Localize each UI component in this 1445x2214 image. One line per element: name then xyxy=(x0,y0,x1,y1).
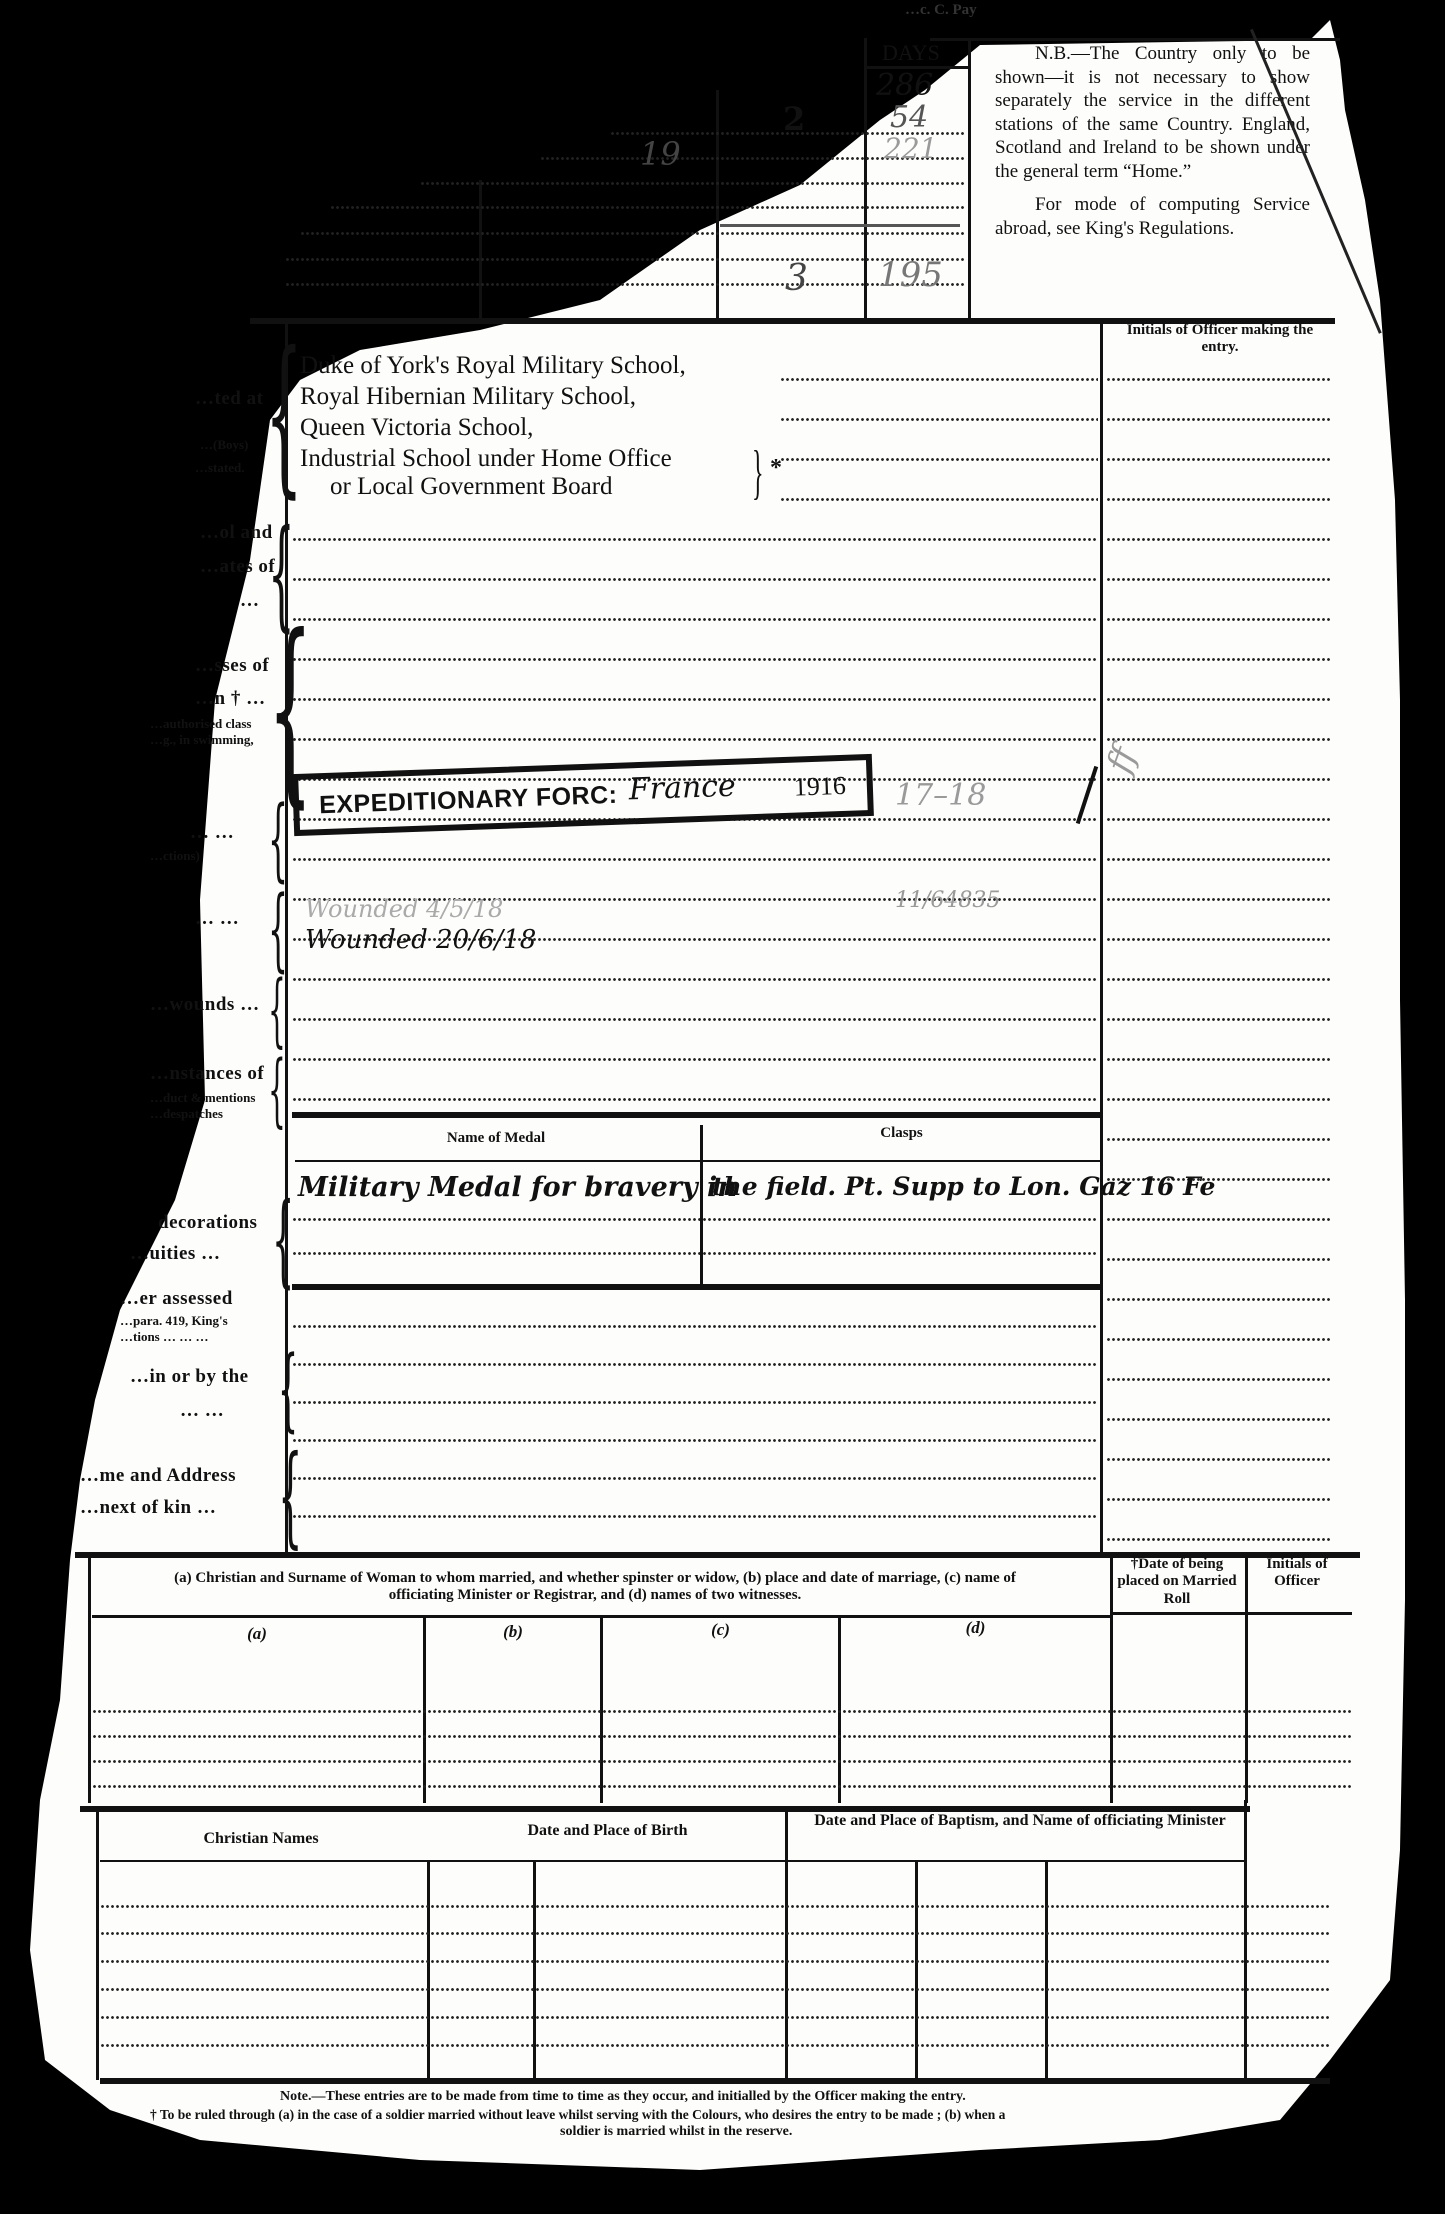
dotted-rule xyxy=(420,182,966,185)
label-swimming: …g., in swimming, xyxy=(150,732,254,748)
top-fragment-text: …c. C. Pay xyxy=(905,2,977,19)
nb-paragraph-1: N.B.—The Country only to be shown—it is … xyxy=(995,42,1310,183)
label-instruction: …n † … xyxy=(195,688,266,710)
dotted-rule xyxy=(292,1439,1098,1442)
label-conduct-mentions: …duct & mentions xyxy=(150,1090,255,1106)
footer-note-1: Note.—These entries are to be made from … xyxy=(280,2089,966,2105)
medals-top-rule xyxy=(292,1112,1100,1118)
marriage-left xyxy=(88,1558,91,1803)
dotted-rule xyxy=(780,418,1098,421)
nb-note: N.B.—The Country only to be shown—it is … xyxy=(995,42,1310,240)
label-dots-1: … xyxy=(240,590,260,612)
medals-bottom-rule xyxy=(292,1284,1100,1290)
dotted-rule xyxy=(292,1098,1098,1101)
label-next-of-kin: …next of kin … xyxy=(80,1497,216,1519)
label-stated: …stated. xyxy=(195,460,244,476)
label-assessed: …er assessed xyxy=(120,1288,233,1310)
children-col-4 xyxy=(915,1862,918,2080)
footer-note-2: † To be ruled through (a) in the case of… xyxy=(150,2107,1005,2123)
dotted-rule xyxy=(292,538,1098,541)
marriage-col-d-label: (d) xyxy=(841,1618,1110,1638)
footer-note-3: soldier is married whilst in the reserve… xyxy=(560,2124,792,2140)
children-col-6 xyxy=(1244,1800,1247,2080)
school-line-3: Queen Victoria School, xyxy=(300,414,533,442)
children-col-5 xyxy=(1045,1862,1048,2080)
school-brace: } xyxy=(752,438,764,507)
dotted-rule xyxy=(1106,978,1330,981)
label-wounds-dots: … … xyxy=(195,908,239,930)
dotted-rule xyxy=(292,1477,1098,1480)
dotted-rule xyxy=(1106,1458,1330,1461)
dotted-rule xyxy=(1106,1098,1330,1101)
main-box-right xyxy=(1100,322,1103,1554)
dotted-rule xyxy=(92,1760,1352,1763)
school-line-1: Duke of York's Royal Military School, xyxy=(300,352,686,380)
col-divider-3 xyxy=(864,38,867,320)
label-wounds: …wounds … xyxy=(150,994,260,1016)
label-certificates-of: …ates of xyxy=(200,556,275,578)
medals-col-divider xyxy=(700,1125,703,1285)
married-roll-header: †Date of being placed on Married Roll xyxy=(1112,1556,1242,1608)
medal-clasps-header: Clasps xyxy=(703,1125,1100,1142)
medal-name-entry: Military Medal for bravery in xyxy=(298,1172,737,1203)
dotted-rule xyxy=(1106,698,1330,701)
brace-icon: { xyxy=(278,1440,303,1550)
dotted-rule xyxy=(292,858,1098,861)
medal-clasps-entry: the field. Pt. Supp to Lon. Gaz 16 Fe xyxy=(712,1172,1215,1201)
col-divider-4 xyxy=(968,38,971,320)
years-value-2: 2 xyxy=(783,100,805,138)
years-value-4: 3 xyxy=(785,258,808,299)
dotted-rule xyxy=(1106,778,1330,781)
school-line-4: Industrial School under Home Office xyxy=(300,445,672,473)
brace-icon: { xyxy=(268,1050,286,1130)
dotted-rule xyxy=(1106,1538,1330,1541)
dotted-rule xyxy=(780,498,1098,501)
label-boys: …(Boys) xyxy=(200,437,248,453)
dotted-rule xyxy=(292,1252,1098,1255)
label-name-and-address: …me and Address xyxy=(80,1465,236,1487)
dotted-rule xyxy=(292,1058,1098,1061)
dotted-rule xyxy=(100,2044,1330,2047)
label-actions: …ctions) xyxy=(150,848,200,864)
campaign-range: 17–18 xyxy=(895,778,986,813)
stamp-handwritten-country: France xyxy=(628,769,736,808)
dotted-rule xyxy=(292,1018,1098,1021)
stamp-year: 1916 xyxy=(793,771,846,803)
days-header: DAYS xyxy=(882,40,940,66)
stamp-text: EXPEDITIONARY FORC: xyxy=(319,781,618,820)
dotted-rule xyxy=(285,283,966,286)
dotted-rule xyxy=(1106,1378,1330,1381)
brace-icon: { xyxy=(268,885,288,975)
dotted-rule xyxy=(1106,658,1330,661)
dotted-rule xyxy=(1106,1338,1330,1341)
marriage-divider-initials xyxy=(1245,1558,1248,1803)
partial-entry: 19 xyxy=(640,135,681,173)
days-value-2: 54 xyxy=(890,100,928,135)
marriage-header: (a) Christian and Surname of Woman to wh… xyxy=(140,1570,1050,1605)
dotted-rule xyxy=(1106,818,1330,821)
brace-icon: { xyxy=(278,1345,298,1435)
dotted-rule xyxy=(92,1710,1352,1713)
label-school-and: …ol and xyxy=(200,522,273,544)
dotted-rule xyxy=(1106,1138,1330,1141)
dotted-rule xyxy=(292,698,1098,701)
dotted-rule xyxy=(1106,1058,1330,1061)
marriage-initials-header: Initials of Officer xyxy=(1247,1556,1347,1591)
children-header-rule xyxy=(100,1860,1244,1862)
wound-reference: 11/64835 xyxy=(895,888,1000,913)
children-col-3 xyxy=(785,1812,788,2080)
brace-icon: { xyxy=(272,1190,294,1290)
label-despatches: …despatches xyxy=(150,1106,223,1122)
dotted-rule xyxy=(100,1988,1330,1991)
school-line-2: Royal Hibernian Military School, xyxy=(300,383,636,411)
children-bottom-rule xyxy=(100,2078,1330,2084)
dotted-rule xyxy=(292,1363,1098,1366)
dotted-rule xyxy=(92,1735,1352,1738)
dotted-rule xyxy=(285,258,966,261)
dotted-rule xyxy=(100,1932,1330,1935)
dotted-rule xyxy=(1106,1018,1330,1021)
dotted-rule xyxy=(1106,538,1330,541)
medal-name-header: Name of Medal xyxy=(292,1130,700,1147)
dotted-rule xyxy=(300,232,966,235)
col-divider-1 xyxy=(479,180,482,320)
dotted-rule xyxy=(292,578,1098,581)
school-line-5: or Local Government Board xyxy=(330,473,613,501)
children-col-1 xyxy=(427,1862,430,2080)
dotted-rule xyxy=(1106,1258,1330,1261)
dotted-rule xyxy=(292,978,1098,981)
dotted-rule xyxy=(292,1325,1098,1328)
label-classes-of: …sses of xyxy=(195,655,269,677)
dotted-rule xyxy=(330,206,966,209)
dotted-rule xyxy=(292,1515,1098,1518)
label-gratuities: …uities … xyxy=(130,1243,221,1265)
children-col-2 xyxy=(533,1862,536,2080)
dotted-rule xyxy=(1106,418,1330,421)
dotted-rule xyxy=(292,1218,1098,1221)
dotted-rule xyxy=(1106,1218,1330,1221)
dotted-rule xyxy=(1106,618,1330,621)
christian-names-header: Christian Names xyxy=(96,1830,426,1848)
label-para-419: …para. 419, King's xyxy=(120,1313,228,1329)
dotted-rule xyxy=(1106,1298,1330,1301)
label-regulations: …tions … … … xyxy=(120,1329,208,1345)
medals-header-rule xyxy=(295,1160,1100,1162)
brace-icon: { xyxy=(268,795,288,885)
dotted-rule xyxy=(1106,498,1330,501)
dotted-rule xyxy=(1106,858,1330,861)
days-value-1: 286 xyxy=(876,68,933,103)
wound-entry: Wounded 20/6/18 xyxy=(305,925,536,955)
marriage-col-c-label: (c) xyxy=(603,1620,838,1640)
dotted-rule xyxy=(100,1905,1330,1908)
dotted-rule xyxy=(780,378,1098,381)
strike-line xyxy=(720,224,960,227)
dotted-rule xyxy=(780,458,1098,461)
brace-icon: { xyxy=(268,970,286,1050)
initials-header: Initials of Officer making the entry. xyxy=(1110,322,1330,357)
label-educated-at: …ted at xyxy=(195,388,263,410)
dotted-rule xyxy=(1106,938,1330,941)
dotted-rule xyxy=(100,1960,1330,1963)
days-value-3: 221 xyxy=(884,132,937,165)
dotted-rule xyxy=(1106,1418,1330,1421)
dotted-rule xyxy=(92,1785,1352,1788)
dotted-rule xyxy=(1106,378,1330,381)
dotted-rule xyxy=(1106,738,1330,741)
brace-icon: { xyxy=(265,330,303,500)
children-left xyxy=(96,1810,99,2080)
dotted-rule xyxy=(292,658,1098,661)
dotted-rule xyxy=(292,738,1098,741)
dotted-rule xyxy=(292,1401,1098,1404)
dotted-rule xyxy=(1106,898,1330,901)
nb-paragraph-2: For mode of computing Service abroad, se… xyxy=(995,193,1310,240)
dotted-rule xyxy=(1106,458,1330,461)
marriage-col-a-label: (a) xyxy=(92,1624,422,1644)
dotted-rule xyxy=(1106,1498,1330,1501)
wound-entry-faint: Wounded 4/5/18 xyxy=(305,895,503,923)
marriage-header-rule-right xyxy=(1112,1612,1352,1615)
table-top-rule xyxy=(930,38,1340,41)
dotted-rule xyxy=(1106,578,1330,581)
label-in-or-by-the: …in or by the xyxy=(130,1366,249,1388)
baptism-header: Date and Place of Baptism, and Name of o… xyxy=(800,1812,1240,1830)
label-authorised-class: …authorised class xyxy=(150,716,251,732)
marriage-col-b-label: (b) xyxy=(426,1622,600,1642)
label-circumstances-of: …nstances of xyxy=(150,1063,264,1085)
label-dots-2: … … xyxy=(180,1400,224,1422)
dotted-rule xyxy=(100,2016,1330,2019)
label-campaigns: … … xyxy=(190,822,234,844)
label-decorations: decorations xyxy=(158,1212,257,1234)
days-value-4: 195 xyxy=(878,255,943,295)
birth-header: Date and Place of Birth xyxy=(430,1822,785,1840)
dotted-rule xyxy=(292,618,1098,621)
